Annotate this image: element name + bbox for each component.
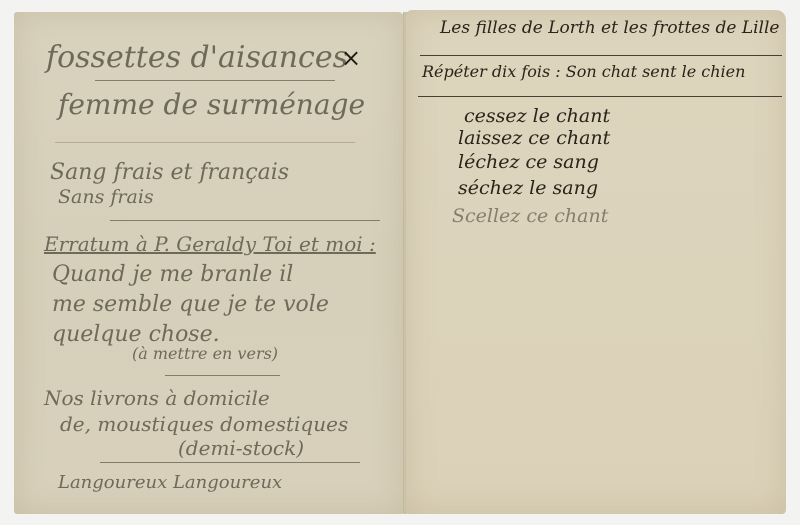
left-entry-7: me semble que je te vole bbox=[52, 292, 329, 317]
right-entry-4: laissez ce chant bbox=[458, 127, 610, 149]
separator bbox=[95, 80, 335, 81]
separator bbox=[110, 220, 380, 221]
left-entry-5: Erratum à P. Geraldy Toi et moi : bbox=[44, 232, 376, 256]
left-entry-2: femme de surménage bbox=[58, 88, 365, 121]
separator bbox=[420, 55, 782, 56]
left-entry-1: fossettes d'aisances bbox=[46, 40, 348, 75]
right-entry-6: séchez le sang bbox=[458, 177, 598, 199]
separator bbox=[100, 462, 360, 463]
right-page bbox=[406, 10, 786, 514]
right-entry-5: léchez ce sang bbox=[458, 151, 599, 173]
left-entry-10: Nos livrons à domicile bbox=[44, 386, 270, 410]
left-entry-3: Sang frais et français bbox=[50, 160, 289, 185]
right-entry-7: Scellez ce chant bbox=[452, 205, 608, 227]
left-entry-12: (demi-stock) bbox=[178, 436, 304, 460]
left-entry-11: de, moustiques domestiques bbox=[60, 412, 348, 436]
right-entry-3: cessez le chant bbox=[464, 105, 610, 127]
separator bbox=[418, 96, 782, 97]
right-entry-1: Les filles de Lorth et les frottes de Li… bbox=[440, 18, 780, 38]
left-entry-9: (à mettre en vers) bbox=[132, 344, 278, 363]
right-entry-2: Répéter dix fois : Son chat sent le chie… bbox=[422, 62, 745, 81]
left-entry-13: Langoureux Langoureux bbox=[58, 472, 282, 493]
separator bbox=[165, 375, 280, 376]
left-entry-6: Quand je me branle il bbox=[52, 262, 293, 287]
x-mark: × bbox=[341, 44, 361, 72]
separator bbox=[55, 142, 355, 143]
left-entry-4: Sans frais bbox=[58, 186, 154, 208]
